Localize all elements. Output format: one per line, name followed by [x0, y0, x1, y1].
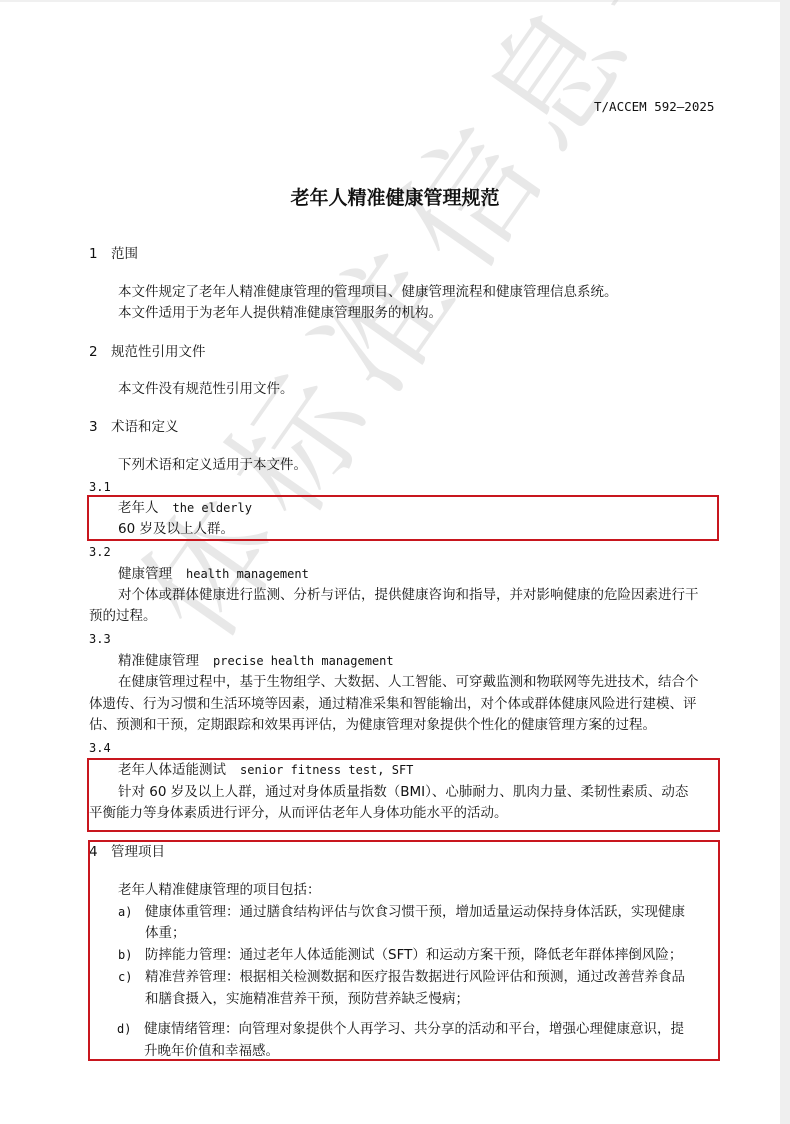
scrollbar-track[interactable]	[780, 0, 790, 1124]
paragraph: 本文件没有规范性引用文件。	[118, 380, 294, 398]
section-heading-2: 2规范性引用文件	[89, 343, 206, 361]
term-number: 3.1	[89, 478, 111, 496]
term-definition: 对个体或群体健康进行监测、分析与评估，提供健康咨询和指导，并对影响健康的危险因素…	[118, 586, 699, 604]
section-heading-1: 1范围	[89, 245, 138, 263]
term-number: 3.2	[89, 543, 111, 561]
term-title: 健康管理health management	[118, 565, 309, 583]
doc-code: T/ACCEM 592—2025	[594, 98, 714, 116]
page-title: 老年人精准健康管理规范	[0, 186, 790, 210]
paragraph: 本文件规定了老年人精准健康管理的管理项目、健康管理流程和健康管理信息系统。	[118, 283, 618, 301]
document-page: 体标准信息平台 T/ACCEM 592—2025 老年人精准健康管理规范 1范围…	[0, 2, 780, 1124]
term-number: 3.4	[89, 739, 111, 757]
term-definition: 估、预测和干预，定期跟踪和效果再评估，为健康管理对象提供个性化的健康管理方案的过…	[89, 716, 656, 734]
term-title: 精准健康管理precise health management	[118, 652, 394, 670]
paragraph: 本文件适用于为老年人提供精准健康管理服务的机构。	[118, 304, 442, 322]
paragraph: 下列术语和定义适用于本文件。	[118, 456, 307, 474]
term-number: 3.3	[89, 630, 111, 648]
term-definition: 预的过程。	[89, 607, 157, 625]
highlight-box-3-4	[87, 758, 720, 832]
term-definition: 在健康管理过程中，基于生物组学、大数据、人工智能、可穿戴监测和物联网等先进技术，…	[118, 673, 699, 691]
section-heading-3: 3术语和定义	[89, 418, 179, 436]
term-definition: 体遗传、行为习惯和生活环境等因素，通过精准采集和智能输出，对个体或群体健康风险进…	[89, 695, 697, 713]
highlight-box-section-4	[88, 840, 720, 1061]
highlight-box-3-1	[87, 495, 719, 541]
